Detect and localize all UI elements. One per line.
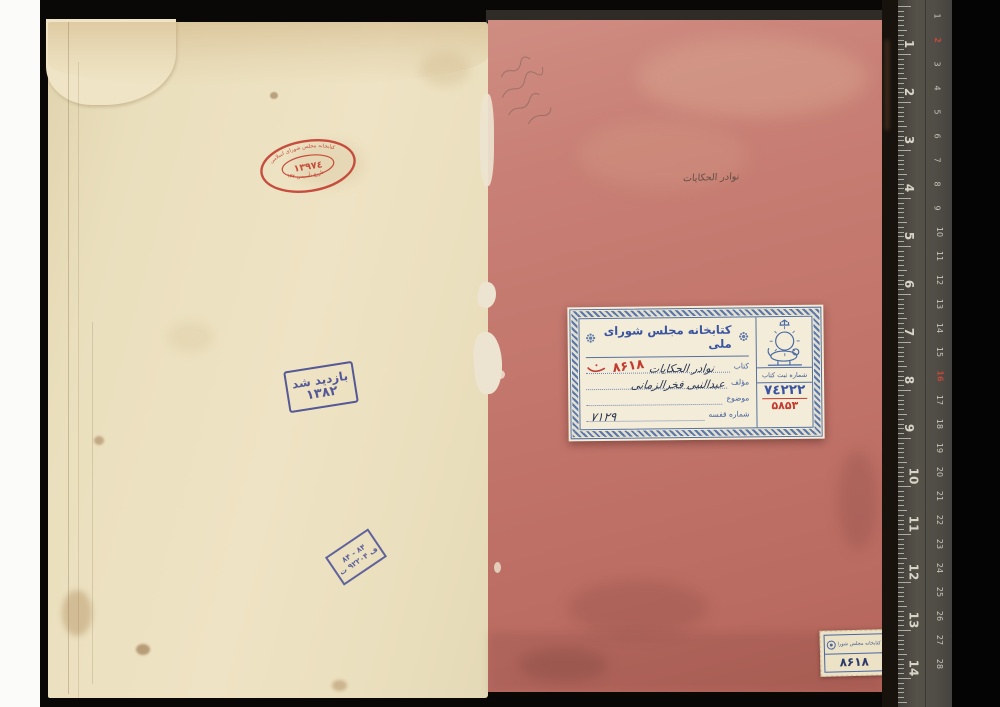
ruler-tick: [898, 414, 907, 415]
ruler-tick: [898, 649, 904, 650]
ruler-tick: [898, 356, 904, 357]
dotted-line: [586, 392, 723, 406]
rosette-icon: [586, 332, 596, 344]
ruler-tick: [898, 25, 904, 26]
ruler-number-big: 7: [903, 328, 915, 336]
ruler-tick: [898, 256, 904, 257]
ruler-tick: [898, 294, 911, 295]
ruler-tick: [898, 308, 904, 309]
ruler-tick: [898, 644, 904, 645]
ruler-tick: [898, 198, 911, 199]
ruler-number-big: 12: [907, 564, 919, 581]
ruler-number-small: 18: [935, 419, 943, 429]
ruler-tick: [898, 433, 904, 434]
ruler-tick: [898, 544, 904, 545]
ruler-tick: [898, 155, 904, 156]
ruler-tick: [898, 563, 904, 564]
ruler-number-big: 4: [903, 184, 915, 192]
ruler-tick: [898, 697, 904, 698]
ruler-tick: [898, 596, 904, 597]
ruler-tick: [898, 419, 904, 420]
ruler-tick: [898, 313, 904, 314]
foxing-stain: [270, 92, 278, 99]
ruler-number-small: 21: [935, 491, 943, 501]
ruler-tick: [898, 702, 907, 703]
ruler-tick: [898, 337, 904, 338]
ruler-tick: [898, 668, 904, 669]
foxing-stain: [168, 322, 214, 352]
ruler-number-small: 5: [933, 109, 941, 114]
label-header-text: کتابخانه مجلس شورای ملی: [602, 323, 731, 352]
scanner-margin: [0, 0, 40, 707]
ruler-tick: [898, 299, 904, 300]
field-label: شماره قفسه: [708, 409, 749, 420]
ruler-tick: [898, 520, 904, 521]
ruler-tick: [898, 438, 911, 439]
label-row-subject: موضوع: [586, 391, 749, 406]
handwritten-value: نوادر الحكايات: [648, 362, 715, 376]
ruler-tick: [898, 30, 907, 31]
ruler-tick: [898, 361, 904, 362]
ruler-tick: [898, 246, 911, 247]
ruler-number-small: 27: [935, 635, 943, 645]
ruler-number-small: 20: [935, 467, 943, 477]
field-label: موضوع: [727, 393, 750, 404]
foxing-stain: [62, 590, 92, 636]
page-edge-line: [68, 22, 69, 694]
ruler-tick: [898, 179, 904, 180]
ruler-tick: [898, 16, 904, 17]
ruler-tick: [898, 548, 904, 549]
ruler-tick: [898, 553, 904, 554]
ruler-number-big: 10: [907, 468, 919, 485]
oval-stamp-icon: کتابخانه مجلس شورای اسلامی تاریخ تأسیس ۱…: [254, 131, 362, 202]
ruler-tick: [898, 688, 904, 689]
ruler-tick: [898, 83, 904, 84]
ruler-tick: [898, 304, 904, 305]
ruler-tick: [898, 318, 907, 319]
ruler-tick: [898, 443, 904, 444]
ruler-tick: [898, 568, 904, 569]
ruler-tick: [898, 616, 904, 617]
faded-patch: [638, 38, 868, 118]
ruler-number-small: 4: [933, 85, 941, 90]
torn-paper-remnant: [496, 370, 505, 379]
visit-stamp-year: ۱۳۸۲: [305, 384, 339, 403]
ruler-tick: [898, 347, 904, 348]
ruler-number-small: 2: [933, 37, 941, 43]
ruler-tick: [898, 169, 904, 170]
square-stamp: ۸۴ - ۸۴ ف ۹۲۲۰۴ ت: [325, 528, 387, 585]
ruler-tick: [898, 160, 904, 161]
ruler-tick: [898, 145, 904, 146]
ruler-number-small: 8: [933, 181, 941, 186]
red-flourish-icon: [585, 362, 608, 376]
ruler-tick: [898, 251, 904, 252]
right-page: نوادر الحكايات: [488, 20, 882, 692]
ruler-tick: [898, 640, 904, 641]
left-page: کتابخانه مجلس شورای اسلامی تاریخ تأسیس ۱…: [48, 22, 488, 698]
ruler-tick: [898, 68, 904, 69]
ruler-tick: [898, 448, 904, 449]
ruler-number-small: 19: [935, 443, 943, 453]
ruler-tick: [898, 6, 911, 7]
pencil-inscription: [492, 24, 602, 144]
ruler-number-small: 10: [935, 227, 943, 237]
register-number-red: ۵۸۵۳: [771, 400, 798, 412]
ruler-tick: [898, 606, 907, 607]
ruler-tick: [898, 577, 904, 578]
ruler-tick: [898, 472, 904, 473]
rosette-icon: [739, 330, 749, 342]
ruler-tick: [898, 97, 904, 98]
ruler-tick: [898, 164, 904, 165]
ruler-tick: [898, 385, 904, 386]
ruler-tick: [898, 342, 911, 343]
sticker-top-row: کتابخانه مجلس شورای ملی: [825, 634, 883, 655]
ruler-tick: [898, 64, 904, 65]
ruler-tick: [898, 452, 904, 453]
ruler-tick: [898, 275, 904, 276]
dotted-line: ۷۱۲۹: [586, 408, 704, 422]
label-register-column: شماره ثبت کتاب ٧٤٢٢٢ ۵۸۵۳: [755, 317, 812, 428]
ruler: 1234567891011121314123456789101112131415…: [898, 0, 952, 707]
ruler-tick: [898, 352, 904, 353]
ruler-tick: [898, 678, 911, 679]
ruler-tick: [898, 572, 904, 573]
ruler-tick: [898, 174, 907, 175]
ruler-number-small: 25: [935, 587, 943, 597]
ruler-tick: [898, 212, 904, 213]
accession-sticker: کتابخانه مجلس شورای ملی ۸۶۱۸: [819, 629, 888, 677]
ruler-tick: [898, 395, 904, 396]
ruler-tick: [898, 611, 904, 612]
label-header: کتابخانه مجلس شورای ملی: [585, 319, 748, 358]
ruler-tick: [898, 625, 904, 626]
sticker-text: کتابخانه مجلس شورای ملی: [838, 640, 881, 647]
ruler-tick: [898, 11, 904, 12]
ruler-number-small: 13: [935, 299, 943, 309]
ruler-tick: [898, 659, 904, 660]
ruler-tick: [898, 529, 904, 530]
ruler-tick: [898, 193, 904, 194]
field-label: مؤلف: [731, 377, 749, 388]
ruler-number-big: 13: [907, 612, 919, 629]
ruler-tick: [898, 222, 907, 223]
ruler-number-small: 16: [936, 370, 944, 381]
ruler-tick: [898, 121, 904, 122]
ruler-tick: [898, 260, 904, 261]
ruler-tick: [898, 635, 904, 636]
ruler-tick: [898, 673, 904, 674]
scanned-book-spread: کتابخانه مجلس شورای اسلامی تاریخ تأسیس ۱…: [0, 0, 1000, 707]
ruler-tick: [898, 150, 911, 151]
ruler-tick: [898, 496, 904, 497]
ruler-tick: [898, 654, 907, 655]
ruler-number-big: 14: [907, 660, 919, 677]
ruler-tick: [898, 217, 904, 218]
ruler-tick: [898, 102, 911, 103]
book-binding: [882, 0, 898, 707]
label-main-column: کتابخانه مجلس شورای ملی کتا: [579, 317, 756, 429]
torn-paper-remnant: [494, 562, 501, 573]
ruler-tick: [898, 539, 904, 540]
foxing-stain: [94, 436, 104, 445]
ruler-tick: [898, 582, 911, 583]
label-row-author: مؤلف عبدالنبی فخرالزمانی: [586, 375, 749, 390]
ruler-tick: [898, 457, 904, 458]
field-label: کتاب: [734, 361, 749, 372]
handwritten-value: عبدالنبی فخرالزمانی: [631, 378, 726, 392]
ruler-tick: [898, 20, 904, 21]
label-inner: شماره ثبت کتاب ٧٤٢٢٢ ۵۸۵۳: [578, 316, 813, 430]
ruler-tick: [898, 630, 911, 631]
ruler-number-big: 11: [907, 516, 919, 533]
ruler-tick: [898, 462, 907, 463]
lion-and-sun-emblem-icon: [763, 319, 806, 367]
ruler-number-small: 3: [933, 61, 941, 66]
ruler-tick: [898, 664, 904, 665]
ruler-tick: [898, 476, 904, 477]
ruler-tick: [898, 491, 904, 492]
scan-background: [952, 0, 1000, 707]
ruler-tick: [898, 203, 904, 204]
ruler-tick: [898, 227, 904, 228]
register-number: ٧٤٢٢٢: [764, 383, 805, 397]
smudge: [518, 648, 608, 682]
ruler-tick: [898, 510, 907, 511]
page-edge-line: [78, 62, 79, 698]
ruler-tick: [898, 524, 904, 525]
ruler-tick: [898, 289, 904, 290]
ruler-tick: [898, 126, 907, 127]
ruler-tick: [898, 467, 904, 468]
ruler-tick: [898, 208, 904, 209]
ruler-number-small: 23: [935, 539, 943, 549]
ruler-number-small: 7: [933, 157, 941, 162]
ruler-tick: [898, 683, 904, 684]
ruler-number-big: 5: [903, 232, 915, 240]
ruler-number-big: 8: [903, 376, 915, 384]
ruler-tick: [898, 131, 904, 132]
ruler-number-big: 9: [903, 424, 915, 432]
ruler-number-small: 17: [935, 395, 943, 405]
ruler-tick: [898, 515, 904, 516]
ruler-tick: [898, 587, 904, 588]
register-caption: شماره ثبت کتاب: [761, 368, 808, 382]
ruler-number-big: 1: [903, 40, 915, 48]
ruler-tick: [898, 534, 911, 535]
ruler-tick: [898, 404, 904, 405]
ruler-tick: [898, 241, 904, 242]
ruler-number-big: 2: [903, 88, 915, 96]
ruler-tick: [898, 620, 904, 621]
ruler-number-small: 15: [935, 347, 943, 357]
ruler-tick: [898, 486, 911, 487]
ruler-tick: [898, 400, 904, 401]
ruler-number-small: 14: [935, 323, 943, 333]
ruler-number-small: 1: [933, 13, 941, 18]
ruler-number-small: 26: [935, 611, 943, 621]
ruler-number-small: 6: [933, 133, 941, 138]
ruler-tick: [898, 558, 907, 559]
ruler-tick: [898, 592, 904, 593]
ruler-tick: [898, 78, 907, 79]
smudge: [838, 450, 878, 550]
ruler-tick: [898, 54, 911, 55]
mini-seal-icon: [827, 640, 836, 649]
ruler-tick: [898, 505, 904, 506]
ruler-tick: [898, 601, 904, 602]
foxing-stain: [332, 680, 347, 691]
library-label: شماره ثبت کتاب ٧٤٢٢٢ ۵۸۵۳: [567, 305, 824, 442]
visit-stamp: بازدید شد ۱۳۸۲: [283, 361, 359, 413]
ruler-tick: [898, 371, 904, 372]
ruler-number-small: 9: [933, 205, 941, 210]
ruler-tick: [898, 107, 904, 108]
ruler-number-big: 6: [903, 280, 915, 288]
ruler-number-small: 11: [935, 251, 943, 261]
ruler-tick: [898, 481, 904, 482]
ruler-number-small: 12: [935, 275, 943, 285]
water-stain-band: [48, 22, 488, 86]
sticker-number: ۸۶۱۸: [825, 653, 883, 672]
ruler-tick: [898, 112, 904, 113]
page-fold-line: [92, 322, 93, 684]
ruler-tick: [898, 270, 907, 271]
ruler-number-small: 24: [935, 563, 943, 573]
handwritten-title: نوادر الحكايات: [683, 171, 754, 184]
ruler-tick: [898, 59, 904, 60]
ruler-number-small: 28: [935, 659, 943, 669]
handwritten-value: ۷۱۲۹: [590, 410, 618, 424]
ruler-number-small: 22: [935, 515, 943, 525]
red-oval-stamp: کتابخانه مجلس شورای اسلامی تاریخ تأسیس ۱…: [254, 131, 362, 202]
ruler-number-big: 3: [903, 136, 915, 144]
foxing-stain: [136, 644, 150, 655]
ruler-tick: [898, 49, 904, 50]
ruler-tick: [898, 366, 907, 367]
smudge: [568, 580, 708, 636]
ruler-tick: [898, 265, 904, 266]
dotted-line: عبدالنبی فخرالزمانی: [586, 376, 727, 390]
sticker-inner: کتابخانه مجلس شورای ملی ۸۶۱۸: [824, 633, 885, 673]
ruler-tick: [898, 500, 904, 501]
label-row-shelf: شماره قفسه ۷۱۲۹: [586, 407, 749, 422]
ruler-tick: [898, 116, 904, 117]
ruler-tick: [898, 35, 904, 36]
ruler-tick: [898, 73, 904, 74]
ruler-tick: [898, 409, 904, 410]
ruler-tick: [898, 390, 911, 391]
ruler-tick: [898, 692, 904, 693]
ruler-tick: [898, 323, 904, 324]
